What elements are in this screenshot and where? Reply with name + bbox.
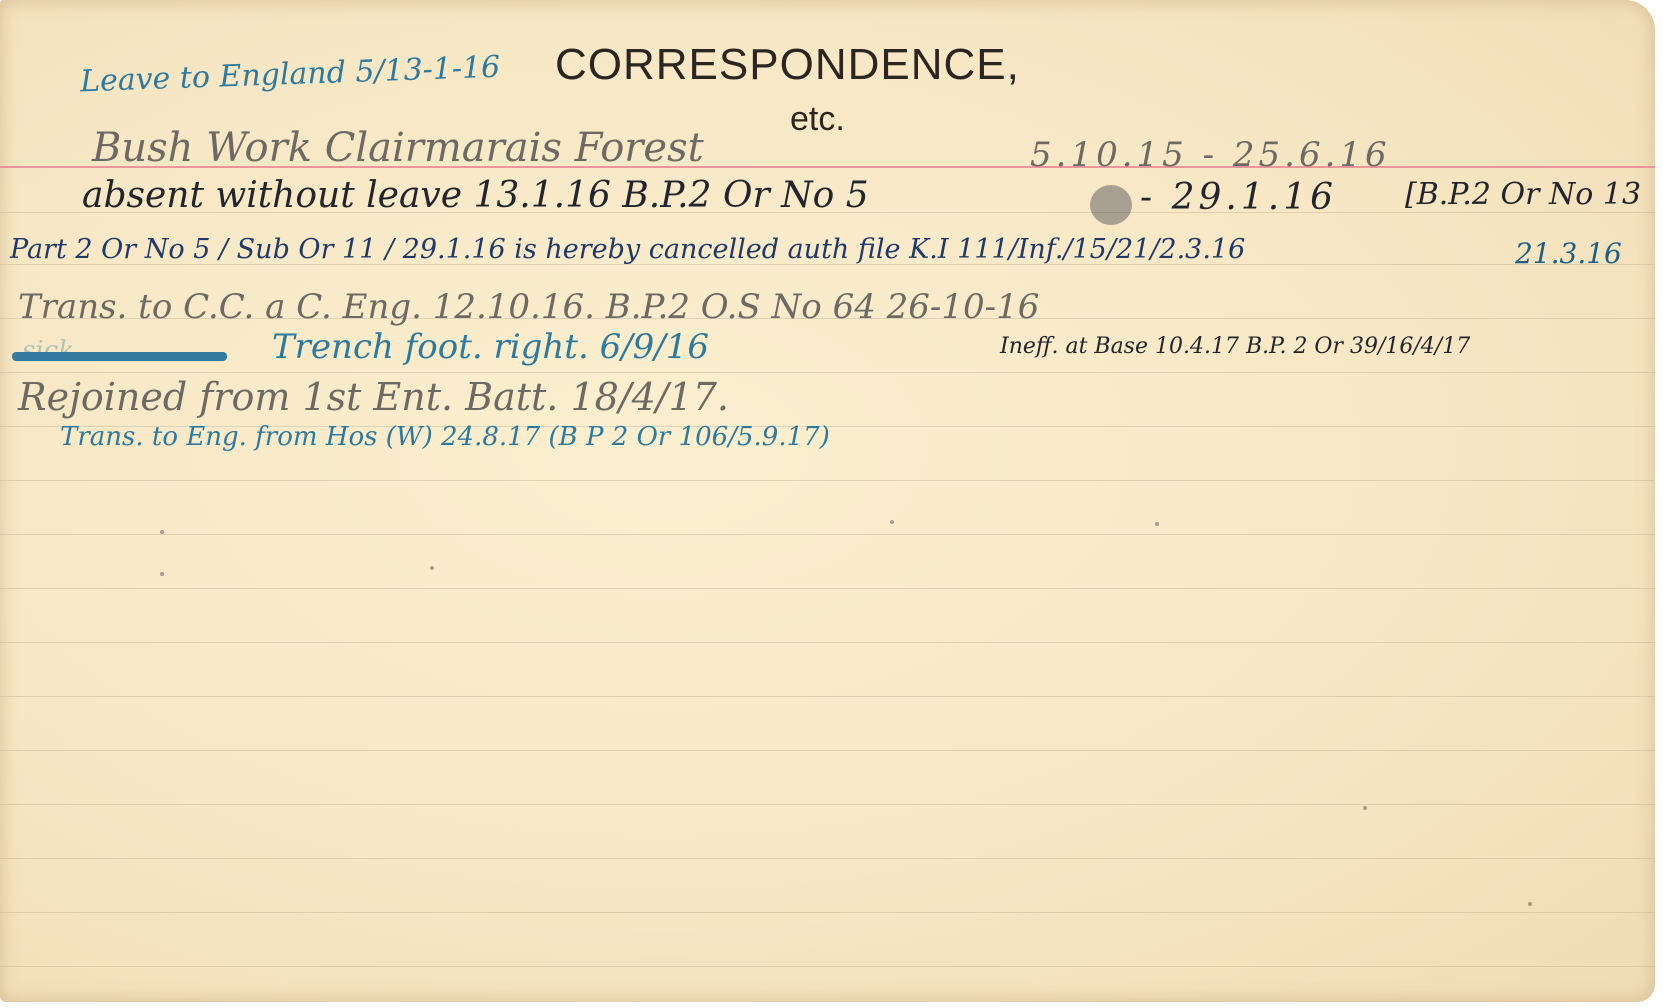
ruled-line xyxy=(0,966,1655,967)
ruled-line xyxy=(0,750,1655,751)
paper-speck xyxy=(160,530,164,534)
card-heading: CORRESPONDENCE, xyxy=(555,40,1020,90)
ruled-line xyxy=(0,642,1655,643)
entry-struck-through: sick xyxy=(22,338,74,364)
entry-inefficient-at-base: Ineff. at Base 10.4.17 B.P. 2 Or 39/16/4… xyxy=(1000,336,1470,358)
ruled-line xyxy=(0,804,1655,805)
entry-trench-foot: Trench foot. right. 6/9/16 xyxy=(272,330,709,364)
entry-bush-work-dates: 5.10.15 - 25.6.16 xyxy=(1030,138,1391,172)
entry-leave-to-england: Leave to England 5/13-1-16 xyxy=(80,53,501,98)
entry-cancellation-date: 21.3.16 xyxy=(1515,240,1622,268)
entry-absent-without-leave: absent without leave 13.1.16 B.P.2 Or No… xyxy=(82,178,869,214)
ruled-line xyxy=(0,858,1655,859)
ruled-line xyxy=(0,480,1655,481)
card-subheading: etc. xyxy=(790,100,845,139)
correspondence-record-card: CORRESPONDENCE, etc. Leave to England 5/… xyxy=(0,0,1655,1002)
entry-absent-end-date: - 29.1.16 xyxy=(1140,180,1337,216)
ruled-line xyxy=(0,372,1655,373)
paper-speck xyxy=(1363,806,1367,810)
entry-transfer-ccac: Trans. to C.C. a C. Eng. 12.10.16. B.P.2… xyxy=(18,290,1039,324)
paper-speck xyxy=(430,566,434,570)
ruled-line xyxy=(0,696,1655,697)
entry-bush-work: Bush Work Clairmarais Forest xyxy=(92,128,704,168)
paper-speck xyxy=(890,520,894,524)
ruled-line xyxy=(0,534,1655,535)
entry-absent-reference: [B.P.2 Or No 13 xyxy=(1405,180,1641,210)
entry-rejoined: Rejoined from 1st Ent. Batt. 18/4/17. xyxy=(18,378,729,416)
entry-transferred-to-england: Trans. to Eng. from Hos (W) 24.8.17 (B P… xyxy=(60,424,830,450)
ink-smudge xyxy=(1090,185,1132,225)
paper-speck xyxy=(1155,522,1159,526)
paper-speck xyxy=(160,572,164,576)
ruled-line xyxy=(0,912,1655,913)
paper-speck xyxy=(1528,902,1532,906)
ruled-line xyxy=(0,588,1655,589)
entry-cancellation: Part 2 Or No 5 / Sub Or 11 / 29.1.16 is … xyxy=(10,236,1245,263)
